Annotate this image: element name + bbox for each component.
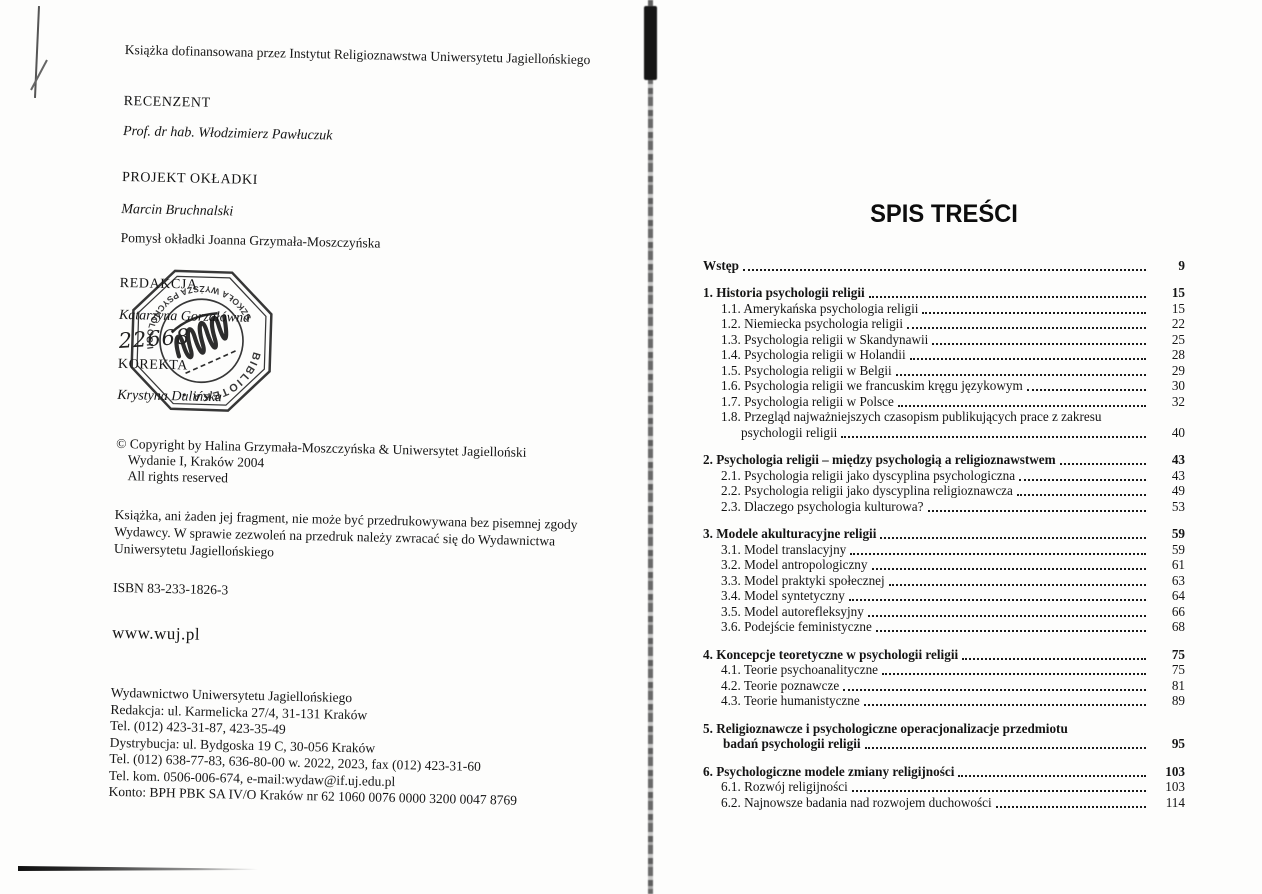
toc-entry-label: 3. Modele akulturacyjne religii bbox=[703, 526, 876, 542]
toc-entry-label: 2. Psychologia religii – między psycholo… bbox=[703, 452, 1056, 468]
toc-entry-row: 1.5. Psychologia religii w Belgii29 bbox=[721, 363, 1185, 379]
toc-entry-label: 3.6. Podejście feministyczne bbox=[721, 619, 872, 635]
toc-entry-row: 1.8. Przegląd najważniejszych czasopism … bbox=[721, 410, 1185, 426]
toc-entry-label: 1.6. Psychologia religii we francuskim k… bbox=[721, 378, 1023, 394]
toc-entry-label: 3.1. Model translacyjny bbox=[721, 542, 846, 558]
toc-page-number: 89 bbox=[1149, 693, 1185, 709]
toc-entry-label: 1.4. Psychologia religii w Holandii bbox=[721, 347, 906, 363]
toc-entry-row: 3.5. Model autorefleksyjny66 bbox=[721, 604, 1185, 620]
copyright-page: Książka dofinansowana przez Instytut Rel… bbox=[125, 42, 630, 53]
toc-dot-leader bbox=[896, 374, 1146, 376]
toc-entry-row: 2. Psychologia religii – między psycholo… bbox=[703, 453, 1185, 469]
toc-dot-leader bbox=[962, 658, 1146, 660]
publisher-website: www.wuj.pl bbox=[112, 625, 200, 643]
toc-dot-leader bbox=[872, 568, 1147, 570]
toc-page-number: 75 bbox=[1149, 647, 1185, 663]
toc-entry-label: 1.5. Psychologia religii w Belgii bbox=[721, 363, 892, 379]
toc-entry-row: 6.1. Rozwój religijności103 bbox=[721, 780, 1185, 796]
toc-entry-row: 3.1. Model translacyjny59 bbox=[721, 542, 1185, 558]
toc-entry-label: psychologii religii bbox=[721, 425, 837, 441]
toc-entry: 3.2. Model antropologiczny61 bbox=[703, 558, 1185, 574]
toc-page-number: 81 bbox=[1149, 678, 1185, 694]
toc-entry-label: 1.8. Przegląd najważniejszych czasopism … bbox=[721, 409, 1101, 425]
toc-entry-row: 2.2. Psychologia religii jako dyscyplina… bbox=[721, 484, 1185, 500]
toc-entries: Wstęp91. Historia psychologii religii151… bbox=[703, 258, 1185, 811]
toc-entry: 6.1. Rozwój religijności103 bbox=[703, 780, 1185, 796]
book-scan-spread: Książka dofinansowana przez Instytut Rel… bbox=[0, 0, 1262, 894]
toc-entry: 2.2. Psychologia religii jako dyscyplina… bbox=[703, 484, 1185, 500]
toc-page-number: 53 bbox=[1149, 499, 1185, 515]
toc-entry: 1.1. Amerykańska psychologia religii15 bbox=[703, 301, 1185, 317]
toc-entry: 1.3. Psychologia religii w Skandynawii25 bbox=[703, 332, 1185, 348]
toc-page-number: 103 bbox=[1149, 779, 1185, 795]
toc-entry-row: 3.2. Model antropologiczny61 bbox=[721, 558, 1185, 574]
toc-dot-leader bbox=[850, 553, 1146, 555]
toc-entry-label: 2.2. Psychologia religii jako dyscyplina… bbox=[721, 483, 1013, 499]
toc-dot-leader bbox=[922, 312, 1146, 314]
toc-entry-label: 6.2. Najnowsze badania nad rozwojem duch… bbox=[721, 795, 992, 811]
toc-page-number: 43 bbox=[1149, 468, 1185, 484]
toc-entry-row: 2.1. Psychologia religii jako dyscyplina… bbox=[721, 468, 1185, 484]
toc-entry-label: 4. Koncepcje teoretyczne w psychologii r… bbox=[703, 647, 958, 663]
publisher-address-block: Wydawnictwo Uniwersytetu Jagiellońskiego… bbox=[108, 685, 590, 811]
toc-page-number: 59 bbox=[1149, 526, 1185, 542]
toc-dot-leader bbox=[743, 269, 1146, 271]
toc-dot-leader bbox=[864, 704, 1146, 706]
toc-dot-leader bbox=[889, 584, 1146, 586]
toc-page-number: 103 bbox=[1149, 764, 1185, 780]
toc-entry: 6.2. Najnowsze badania nad rozwojem duch… bbox=[703, 795, 1185, 811]
toc-entry-label: 4.3. Teorie humanistyczne bbox=[721, 693, 860, 709]
toc-entry: 4. Koncepcje teoretyczne w psychologii r… bbox=[703, 647, 1185, 663]
toc-entry: 1.6. Psychologia religii we francuskim k… bbox=[703, 379, 1185, 395]
toc-entry: 2.1. Psychologia religii jako dyscyplina… bbox=[703, 468, 1185, 484]
toc-page-number: 22 bbox=[1149, 316, 1185, 332]
toc-entry: 1.8. Przegląd najważniejszych czasopism … bbox=[703, 410, 1185, 441]
toc-entry-row: 6.2. Najnowsze badania nad rozwojem duch… bbox=[721, 795, 1185, 811]
table-of-contents: Wstęp91. Historia psychologii religii151… bbox=[703, 258, 1185, 811]
toc-entry-row: 4. Koncepcje teoretyczne w psychologii r… bbox=[703, 647, 1185, 663]
toc-entry: 4.3. Teorie humanistyczne89 bbox=[703, 694, 1185, 710]
toc-entry: 1.2. Niemiecka psychologia religii22 bbox=[703, 317, 1185, 333]
toc-page-number: 59 bbox=[1149, 542, 1185, 558]
toc-entry-row: 6. Psychologiczne modele zmiany religijn… bbox=[703, 764, 1185, 780]
stamp-inventory-number: 22668 bbox=[118, 328, 191, 349]
toc-entry: 3.6. Podejście feministyczne68 bbox=[703, 620, 1185, 636]
toc-entry-label: 6.1. Rozwój religijności bbox=[721, 779, 848, 795]
toc-entry-row: 1.6. Psychologia religii we francuskim k… bbox=[721, 379, 1185, 395]
toc-entry: Wstęp9 bbox=[703, 258, 1185, 274]
toc-dot-leader bbox=[996, 806, 1146, 808]
toc-page-number: 40 bbox=[1149, 425, 1185, 441]
toc-entry-row: 1.3. Psychologia religii w Skandynawii25 bbox=[721, 332, 1185, 348]
toc-entry-label: 1. Historia psychologii religii bbox=[703, 285, 865, 301]
toc-page-number: 61 bbox=[1149, 557, 1185, 573]
toc-entry-label: 1.2. Niemiecka psychologia religii bbox=[721, 316, 903, 332]
toc-entry: 2. Psychologia religii – między psycholo… bbox=[703, 453, 1185, 469]
toc-page-number: 114 bbox=[1149, 795, 1185, 811]
toc-page-number: 32 bbox=[1149, 394, 1185, 410]
toc-entry: 3.1. Model translacyjny59 bbox=[703, 542, 1185, 558]
toc-page-number: 64 bbox=[1149, 588, 1185, 604]
toc-dot-leader bbox=[880, 537, 1146, 539]
toc-dot-leader bbox=[1027, 389, 1146, 391]
toc-dot-leader bbox=[1019, 479, 1146, 481]
toc-entry-row: 4.1. Teorie psychoanalityczne75 bbox=[721, 663, 1185, 679]
toc-page-number: 15 bbox=[1149, 285, 1185, 301]
toc-entry-row: 5. Religioznawcze i psychologiczne opera… bbox=[703, 721, 1185, 737]
toc-dot-leader bbox=[958, 775, 1146, 777]
toc-entry-row: badań psychologii religii95 bbox=[703, 737, 1185, 753]
toc-entry: 1.5. Psychologia religii w Belgii29 bbox=[703, 363, 1185, 379]
toc-entry-row: 4.2. Teorie poznawcze81 bbox=[721, 678, 1185, 694]
toc-dot-leader bbox=[898, 405, 1146, 407]
toc-entry: 6. Psychologiczne modele zmiany religijn… bbox=[703, 764, 1185, 780]
toc-page-number: 63 bbox=[1149, 573, 1185, 589]
toc-page-number: 9 bbox=[1149, 258, 1185, 274]
toc-entry: 3. Modele akulturacyjne religii59 bbox=[703, 527, 1185, 543]
scan-edge-line bbox=[18, 866, 258, 871]
cover-designer-name: Marcin Bruchnalski bbox=[121, 202, 233, 220]
toc-dot-leader bbox=[932, 343, 1146, 345]
toc-page-number: 75 bbox=[1149, 662, 1185, 678]
toc-dot-leader bbox=[1060, 463, 1146, 465]
toc-page-number: 95 bbox=[1149, 736, 1185, 752]
toc-entry-row: 2.3. Dlaczego psychologia kulturowa?53 bbox=[721, 499, 1185, 515]
reviewer-heading: RECENZENT bbox=[124, 94, 211, 112]
toc-entry-row: 1. Historia psychologii religii15 bbox=[703, 286, 1185, 302]
toc-dot-leader bbox=[849, 599, 1146, 601]
toc-entry: 4.1. Teorie psychoanalityczne75 bbox=[703, 663, 1185, 679]
toc-page-number: 29 bbox=[1149, 363, 1185, 379]
toc-dot-leader bbox=[843, 689, 1146, 691]
toc-page-number: 68 bbox=[1149, 619, 1185, 635]
toc-entry-label: badań psychologii religii bbox=[703, 736, 861, 752]
toc-entry-row: 3.6. Podejście feministyczne68 bbox=[721, 620, 1185, 636]
toc-page-number: 66 bbox=[1149, 604, 1185, 620]
toc-dot-leader bbox=[907, 327, 1146, 329]
toc-entry-label: 1.3. Psychologia religii w Skandynawii bbox=[721, 332, 928, 348]
toc-entry: 3.3. Model praktyki społecznej63 bbox=[703, 573, 1185, 589]
toc-entry: 1. Historia psychologii religii15 bbox=[703, 286, 1185, 302]
reviewer-name: Prof. dr hab. Włodzimierz Pawłuczuk bbox=[123, 124, 333, 145]
toc-entry-label: 3.5. Model autorefleksyjny bbox=[721, 604, 864, 620]
toc-entry-label: 1.1. Amerykańska psychologia religii bbox=[721, 301, 918, 317]
copyright-block: © Copyright by Halina Grzymała-Moszczyńs… bbox=[115, 436, 596, 494]
toc-entry-row: Wstęp9 bbox=[703, 258, 1185, 274]
toc-entry-row: 1.7. Psychologia religii w Polsce32 bbox=[721, 394, 1185, 410]
book-spine-shadow bbox=[648, 0, 653, 894]
toc-entry-label: 3.3. Model praktyki społecznej bbox=[721, 573, 885, 589]
toc-dot-leader bbox=[865, 747, 1146, 749]
toc-entry-label: 2.1. Psychologia religii jako dyscyplina… bbox=[721, 468, 1015, 484]
isbn: ISBN 83-233-1826-3 bbox=[113, 580, 228, 599]
toc-entry-label: 1.7. Psychologia religii w Polsce bbox=[721, 394, 894, 410]
toc-entry: 1.7. Psychologia religii w Polsce32 bbox=[703, 394, 1185, 410]
toc-dot-leader bbox=[910, 358, 1146, 360]
toc-page-number: 25 bbox=[1149, 332, 1185, 348]
toc-entry-label: 2.3. Dlaczego psychologia kulturowa? bbox=[721, 499, 924, 515]
toc-entry-row: psychologii religii40 bbox=[721, 425, 1185, 441]
toc-dot-leader bbox=[869, 296, 1146, 298]
toc-entry: 5. Religioznawcze i psychologiczne opera… bbox=[703, 721, 1185, 752]
toc-entry-label: 3.2. Model antropologiczny bbox=[721, 557, 868, 573]
toc-dot-leader bbox=[928, 510, 1146, 512]
rights-note: Książka, ani żaden jej fragment, nie moż… bbox=[114, 506, 600, 568]
toc-entry-row: 3.4. Model syntetyczny64 bbox=[721, 589, 1185, 605]
toc-page-number: 15 bbox=[1149, 301, 1185, 317]
toc-entry: 4.2. Teorie poznawcze81 bbox=[703, 678, 1185, 694]
cover-design-heading: PROJEKT OKŁADKI bbox=[122, 170, 258, 189]
funding-note: Książka dofinansowana przez Instytut Rel… bbox=[125, 42, 625, 69]
toc-dot-leader bbox=[876, 630, 1146, 632]
toc-dot-leader bbox=[841, 436, 1146, 438]
toc-page-number: 49 bbox=[1149, 483, 1185, 499]
toc-entry: 2.3. Dlaczego psychologia kulturowa?53 bbox=[703, 499, 1185, 515]
toc-entry-row: 1.2. Niemiecka psychologia religii22 bbox=[721, 317, 1185, 333]
pen-mark-branch bbox=[30, 60, 48, 91]
toc-entry-label: 3.4. Model syntetyczny bbox=[721, 588, 845, 604]
toc-entry-label: Wstęp bbox=[703, 258, 739, 274]
toc-page-number: 30 bbox=[1149, 378, 1185, 394]
toc-entry: 3.5. Model autorefleksyjny66 bbox=[703, 604, 1185, 620]
toc-dot-leader bbox=[868, 615, 1146, 617]
toc-entry-label: 4.1. Teorie psychoanalityczne bbox=[721, 662, 878, 678]
toc-entry-row: 3. Modele akulturacyjne religii59 bbox=[703, 527, 1185, 543]
toc-entry-row: 3.3. Model praktyki społecznej63 bbox=[721, 573, 1185, 589]
toc-entry-label: 4.2. Teorie poznawcze bbox=[721, 678, 839, 694]
toc-entry: 1.4. Psychologia religii w Holandii28 bbox=[703, 348, 1185, 364]
toc-entry-label: 6. Psychologiczne modele zmiany religijn… bbox=[703, 764, 954, 780]
toc-page-number: 43 bbox=[1149, 452, 1185, 468]
toc-entry-row: 4.3. Teorie humanistyczne89 bbox=[721, 694, 1185, 710]
book-spine-shadow-top bbox=[644, 6, 657, 80]
toc-entry: 3.4. Model syntetyczny64 bbox=[703, 589, 1185, 605]
toc-entry-row: 1.1. Amerykańska psychologia religii15 bbox=[721, 301, 1185, 317]
toc-dot-leader bbox=[882, 673, 1146, 675]
toc-dot-leader bbox=[852, 790, 1146, 792]
toc-entry-row: 1.4. Psychologia religii w Holandii28 bbox=[721, 348, 1185, 364]
toc-dot-leader bbox=[1017, 494, 1146, 496]
toc-entry-label: 5. Religioznawcze i psychologiczne opera… bbox=[703, 721, 1068, 737]
toc-page-number: 28 bbox=[1149, 347, 1185, 363]
toc-title: SPIS TREŚCI bbox=[715, 200, 1173, 229]
